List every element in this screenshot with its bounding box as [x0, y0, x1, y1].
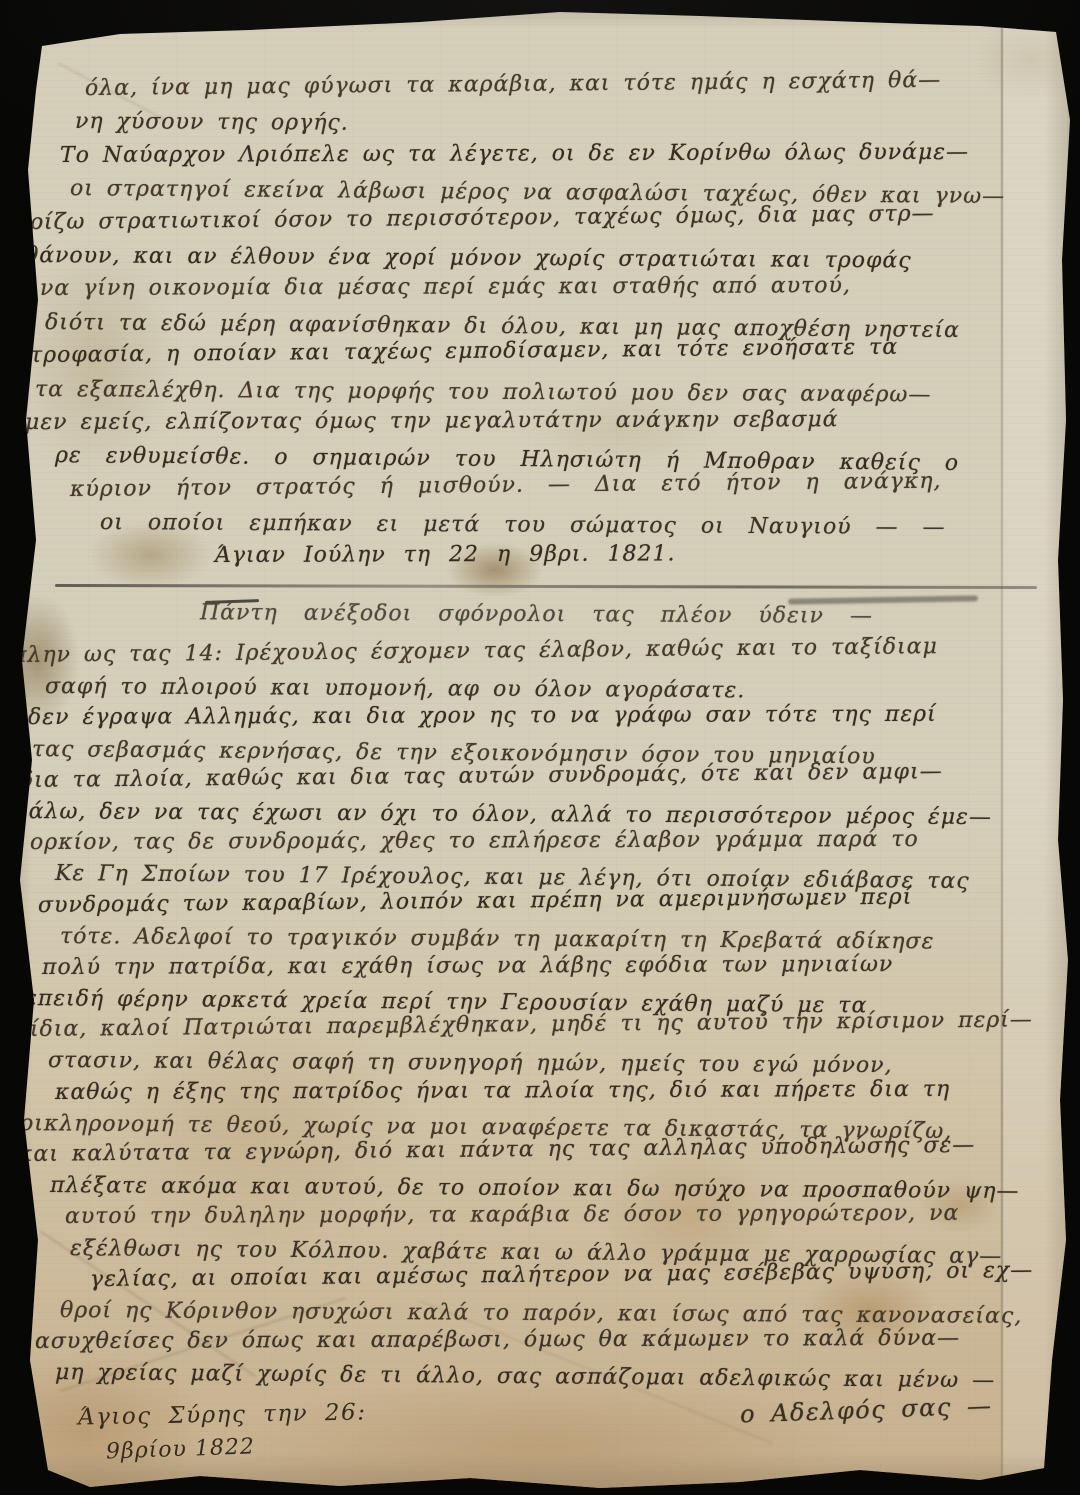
edge-shading — [0, 0, 1080, 1495]
scan-background: όλα, ίνα μη μας φύγωσι τα καράβια, και τ… — [0, 0, 1080, 1495]
manuscript-page: όλα, ίνα μη μας φύγωσι τα καράβια, και τ… — [0, 0, 1080, 1495]
